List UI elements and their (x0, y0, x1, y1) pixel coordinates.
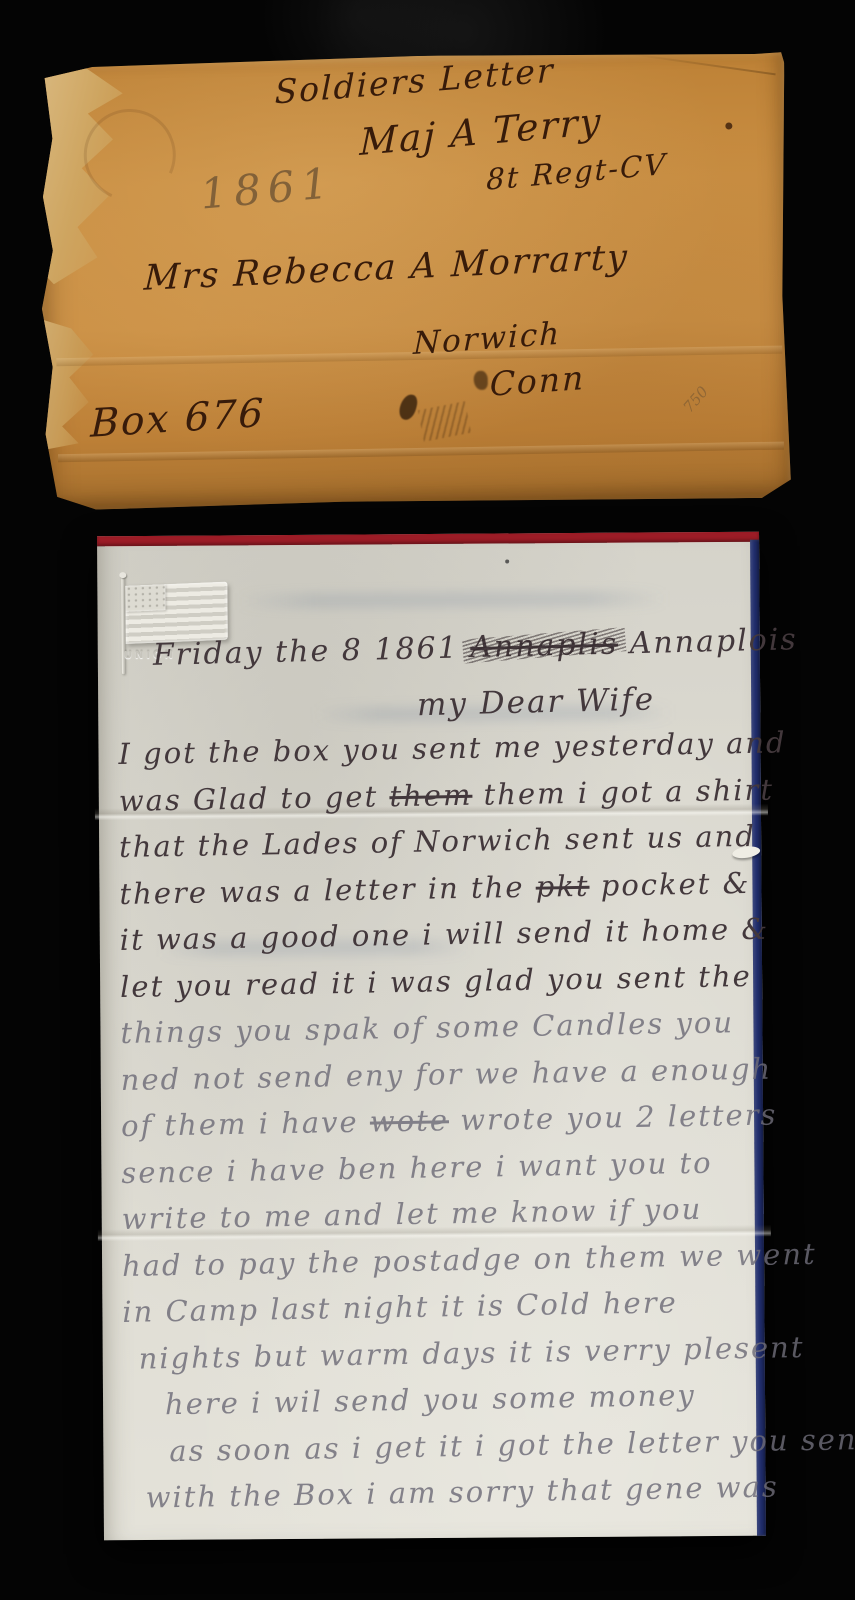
script-text: was Glad to get (118, 779, 389, 818)
torn-paper-edge-lower (39, 318, 95, 451)
ink-smudge (474, 371, 488, 390)
script-text: there was a letter in the (119, 869, 536, 910)
endorsement-soldiers-letter: Soldiers Letter (275, 50, 555, 111)
script-text: Friday the 8 1861 (152, 630, 470, 673)
script-text: Annaplois (618, 622, 798, 661)
ink-smudge (397, 393, 419, 422)
script-text: I got the box you sent me yesterday and (118, 725, 787, 771)
letter-body: I got the box you sent me yesterday andw… (98, 733, 757, 1528)
struck-word: Annaplis (470, 627, 619, 666)
photo-scene: Soldiers Letter Maj A Terry 8t Regt-CV 1… (0, 0, 855, 1600)
envelope: Soldiers Letter Maj A Terry 8t Regt-CV 1… (36, 50, 792, 511)
script-text: of them i have (121, 1105, 370, 1143)
letter-salutation: my Dear Wife (98, 679, 752, 731)
endorsement-major-terry: Maj A Terry (359, 100, 602, 164)
script-text: them i got a shirt (472, 772, 774, 811)
address-box-number: Box 676 (90, 391, 266, 447)
endorsement-regiment: 8t Regt-CV (486, 147, 667, 197)
envelope-flap-crease (627, 53, 776, 76)
struck-word: pkt (535, 868, 589, 903)
show-through-writing (237, 590, 667, 609)
letter-page: UNION Friday the 8 1861 Annaplis Annaplo… (97, 532, 766, 1541)
ink-smudge (418, 401, 471, 442)
struck-word: them (389, 777, 473, 812)
pencil-rate-mark: 750 (680, 383, 712, 416)
ink-dot (725, 122, 732, 129)
script-text: wrote you 2 letters (449, 1097, 778, 1137)
ink-speck (505, 559, 509, 563)
address-recipient-name: Mrs Rebecca A Morrarty (143, 237, 630, 298)
struck-word: wote (370, 1103, 450, 1138)
script-text: pocket & (589, 865, 750, 902)
letter-paper: UNION Friday the 8 1861 Annaplis Annaplo… (97, 542, 757, 1541)
flag-canton (125, 584, 165, 612)
envelope-crease (58, 442, 784, 463)
flag-icon (125, 582, 227, 644)
address-state: Conn (489, 358, 585, 404)
pencil-year: 1861 (198, 158, 337, 219)
letter-line: with the Box i am sorry that gene was (103, 1470, 757, 1528)
